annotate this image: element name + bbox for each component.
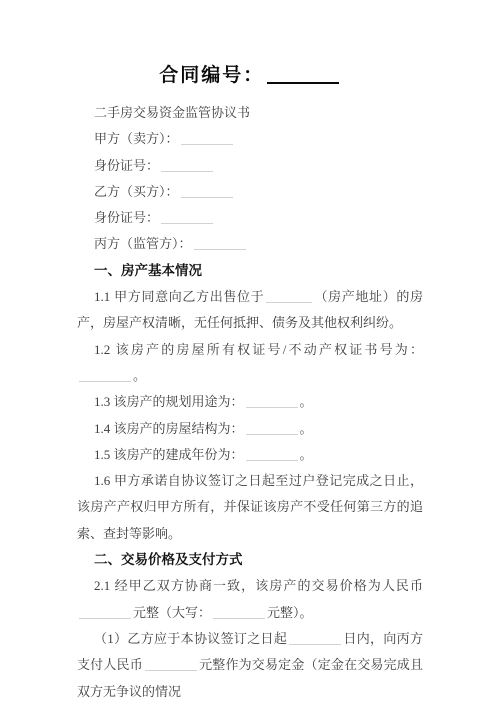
blank-field <box>213 606 265 619</box>
paragraph: 丙方（监管方）： <box>77 231 423 257</box>
blank-field <box>145 658 197 671</box>
paragraph: 1.2 该房产的房屋所有权证号/不动产权证书号为：。 <box>77 337 423 390</box>
blank-field <box>79 606 131 619</box>
contract-number-title: 合同编号： <box>0 0 500 88</box>
blank-field <box>246 422 298 435</box>
paragraph: 1.1 甲方同意向乙方出售位于（房产地址）的房产，房屋产权清晰，无任何抵押、债务… <box>77 284 423 337</box>
blank-field <box>289 632 341 645</box>
paragraph: 身份证号： <box>77 153 423 179</box>
paragraph: 甲方（卖方）： <box>77 126 423 152</box>
blank-field <box>161 211 213 224</box>
blank-field <box>266 290 312 303</box>
paragraph: 1.4 该房产的房屋结构为：。 <box>77 416 423 442</box>
blank-field <box>181 132 233 145</box>
paragraph: 身份证号： <box>77 205 423 231</box>
blank-field <box>246 395 298 408</box>
blank-field <box>161 159 213 172</box>
paragraph: （1）乙方应于本协议签订之日起日内，向丙方支付人民币元整作为交易定金（定金在交易… <box>77 626 423 705</box>
blank-field <box>246 448 298 461</box>
section-heading: 一、房产基本情况 <box>77 258 423 284</box>
section-heading: 二、交易价格及支付方式 <box>77 547 423 573</box>
paragraph: 1.3 该房产的规划用途为：。 <box>77 389 423 415</box>
paragraph: 2.1 经甲乙双方协商一致，该房产的交易价格为人民币元整（大写：元整）。 <box>77 573 423 626</box>
paragraph: 1.5 该房产的建成年份为：。 <box>77 442 423 468</box>
paragraph: 乙方（买方）： <box>77 179 423 205</box>
paragraph: 二手房交易资金监管协议书 <box>77 100 423 126</box>
paragraph: 1.6 甲方承诺自协议签订之日起至过户登记完成之日止，该房产产权归甲方所有，并保… <box>77 468 423 547</box>
blank-field <box>181 185 233 198</box>
blank-field <box>267 68 339 84</box>
document-page: 合同编号： 二手房交易资金监管协议书甲方（卖方）：身份证号：乙方（买方）：身份证… <box>0 0 500 707</box>
blank-field <box>79 369 131 382</box>
blank-field <box>194 237 246 250</box>
document-body: 二手房交易资金监管协议书甲方（卖方）：身份证号：乙方（买方）：身份证号：丙方（监… <box>77 100 423 705</box>
